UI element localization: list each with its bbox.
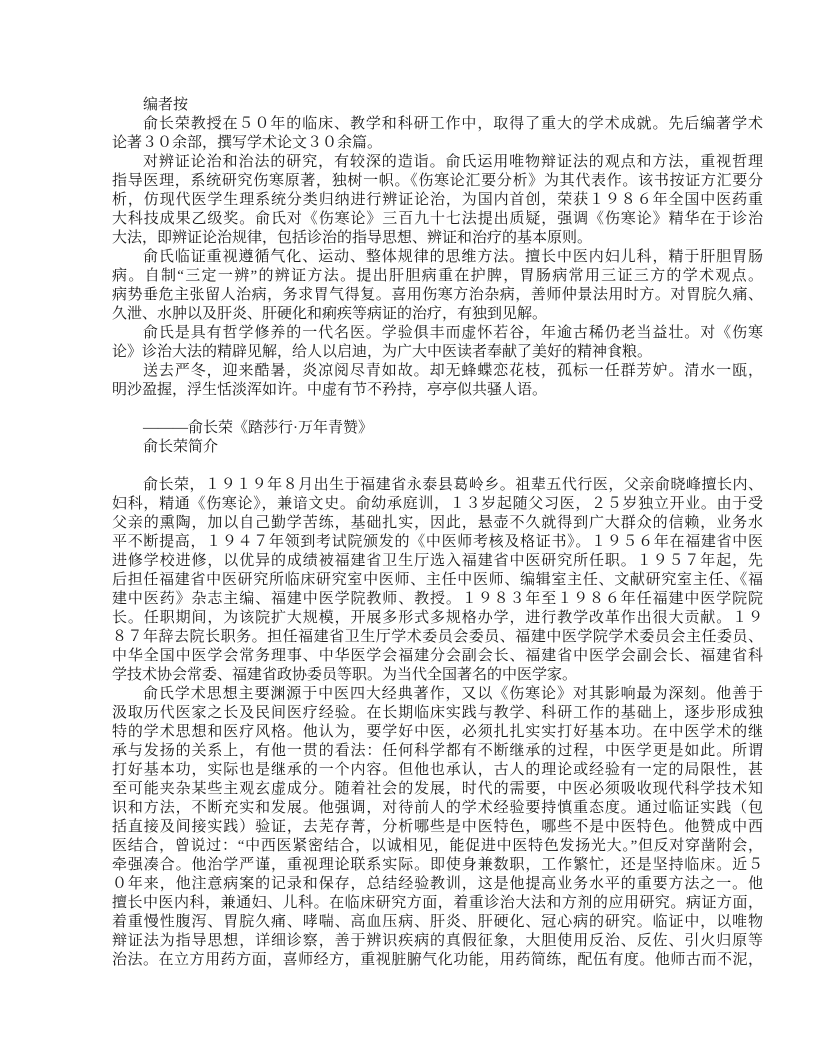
text-line: 妇科，精通《伤寒论》，兼谙文史。俞幼承庭训，１３岁起随父习医，２５岁独立开业。由… [112,495,763,514]
text-line: 明沙盈握，浮生恬淡浑如许。中虚有节不矜持，亭亭似共骚人语。 [112,381,763,400]
text-line: 病势垂危主张留人治病，务求胃气得复。喜用伤寒方治杂病，善师仲景法用时方。对胃脘久… [112,286,763,305]
text-line: 论》诊治大法的精辟见解，给人以启迪，为广大中医读者奉献了美好的精神食粮。 [112,343,763,362]
text-line: 送去严冬，迎来酷暑，炎凉阅尽青如故。却无蜂蝶恋花枝，孤标一任群芳妒。清水一瓯， [112,362,763,381]
text-line: 大法，即辨证论治规律，包括诊治的指导思想、辨证和治疗的基本原则。 [112,229,763,248]
editor-note-heading: 编者按 [112,96,763,115]
text-line: 长。任职期间，为该院扩大规模，开展多形式多规格办学，进行教学改革作出很大贡献。１… [112,609,763,628]
text-line: 建中医药》杂志主编、福建中医学院教师、教授。１９８３年至１９８６年任福建中医学院… [112,590,763,609]
text-line: 着重慢性腹泻、胃脘久痛、哮喘、高血压病、肝炎、肝硬化、冠心病的研究。临证中，以唯… [112,913,763,932]
text-line: 识和方法，不断充实和发展。他强调，对待前人的学术经验要持慎重态度。通过临证实践（… [112,799,763,818]
text-line: 特的学术思想和医疗风格。他认为，要学好中医，必须扎扎实实打好基本功。在中医学术的… [112,723,763,742]
text-line: 擅长中医内科，兼通妇、儿科。在临床研究方面，着重诊治大法和方剂的应用研究。病证方… [112,894,763,913]
text-block: 编者按俞长荣教授在５０年的临床、教学和科研工作中，取得了重大的学术成就。先后编著… [112,96,763,970]
text-line: 俞长荣教授在５０年的临床、教学和科研工作中，取得了重大的学术成就。先后编著学术 [112,115,763,134]
text-line: 俞氏学术思想主要渊源于中医四大经典著作，又以《伤寒论》对其影响最为深刻。他善于 [112,685,763,704]
text-line: 后担任福建省中医研究所临床研究室中医师、主任中医师、编辑室主任、文献研究室主任、… [112,571,763,590]
text-line: 父亲的熏陶，加以自己勤学苦练，基础扎实，因此，悬壶不久就得到广大群众的信赖，业务… [112,514,763,533]
text-line: 病。自制“三定一辨”的辨证方法。提出肝胆病重在护脾，胃肠病常用三证三方的学术观点… [112,267,763,286]
text-line: ０年来，他注意病案的记录和保存，总结经验教训，这是他提高业务水平的重要方法之一。… [112,875,763,894]
text-line: 辩证法为指导思想，详细诊察，善于辨识疾病的真假征象，大胆使用反治、反佐、引火归原… [112,932,763,951]
text-line: 医结合，曾说过：“中西医紧密结合，以诚相见，能促进中医特色发扬光大。”但反对穿凿… [112,837,763,856]
document-page: 编者按俞长荣教授在５０年的临床、教学和科研工作中，取得了重大的学术成就。先后编著… [0,0,816,1056]
text-line: 平不断提高，１９４７年领到考试院颁发的《中医师考核及格证书》。１９５６年在福建省… [112,533,763,552]
text-line: 打好基本功，实际也是继承的一个内容。但他也承认，古人的理论或经验有一定的局限性，… [112,761,763,780]
blank-line [112,457,763,476]
text-line: 中华全国中医学会常务理事、中华医学会福建分会副会长、福建省中医学会副会长、福建省… [112,647,763,666]
text-line: ８７年辞去院长职务。担任福建省卫生厅学术委员会委员、福建中医学院学术委员会主任委… [112,628,763,647]
text-line: 俞氏临证重视遵循气化、运动、整体规律的思维方法。擅长中医内妇儿科，精于肝胆胃肠 [112,248,763,267]
text-line: 俞长荣，１９１９年８月出生于福建省永泰县葛岭乡。祖辈五代行医，父亲俞晓峰擅长内、 [112,476,763,495]
bio-section-heading: 俞长荣简介 [112,438,763,457]
text-line: 析，仿现代医学生理系统分类归纳进行辨证论治，为国内首创，荣获１９８６年全国中医药… [112,191,763,210]
text-line: 久泄、水肿以及肝炎、肝硬化和痢疾等病证的治疗，有独到见解。 [112,305,763,324]
text-line: 论著３０余部，撰写学术论文３０余篇。 [112,134,763,153]
text-line: 牵强凑合。他治学严谨，重视理论联系实际。即使身兼数职，工作繁忙，还是坚持临床。近… [112,856,763,875]
text-line: 治法。在立方用药方面，喜师经方，重视脏腑气化功能，用药简练，配伍有度。他师古而不… [112,951,763,970]
text-line: 汲取历代医家之长及民间医疗经验。在长期临床实践与教学、科研工作的基础上，逐步形成… [112,704,763,723]
poem-attribution: ———俞长荣《踏莎行·万年青赞》 [112,419,763,438]
text-line: 承与发扬的关系上，有他一贯的看法：任何科学都有不断继承的过程，中医学更是如此。所… [112,742,763,761]
text-line: 大科技成果乙级奖。俞氏对《伤寒论》三百九十七法提出质疑，强调《伤寒论》精华在于诊… [112,210,763,229]
text-line: 进修学校进修，以优异的成绩被福建省卫生厅选入福建省中医研究所任职。１９５７年起，… [112,552,763,571]
text-line: 俞氏是具有哲学修养的一代名医。学验俱丰而虚怀若谷，年逾古稀仍老当益壮。对《伤寒 [112,324,763,343]
text-line: 学技术协会常委、福建省政协委员等职。为当代全国著名的中医学家。 [112,666,763,685]
blank-line [112,400,763,419]
text-line: 指导医理，系统研究伤寒原著，独树一帜。《伤寒论汇要分析》为其代表作。该书按证方汇… [112,172,763,191]
text-line: 对辨证论治和治法的研究，有较深的造诣。俞氏运用唯物辩证法的观点和方法，重视哲理 [112,153,763,172]
text-line: 括直接及间接实践）验证，去芜存菁，分析哪些是中医特色，哪些不是中医特色。他赞成中… [112,818,763,837]
text-line: 至可能夹杂某些主观玄虚成分。随着社会的发展，时代的需要，中医必须吸收现代科学技术… [112,780,763,799]
